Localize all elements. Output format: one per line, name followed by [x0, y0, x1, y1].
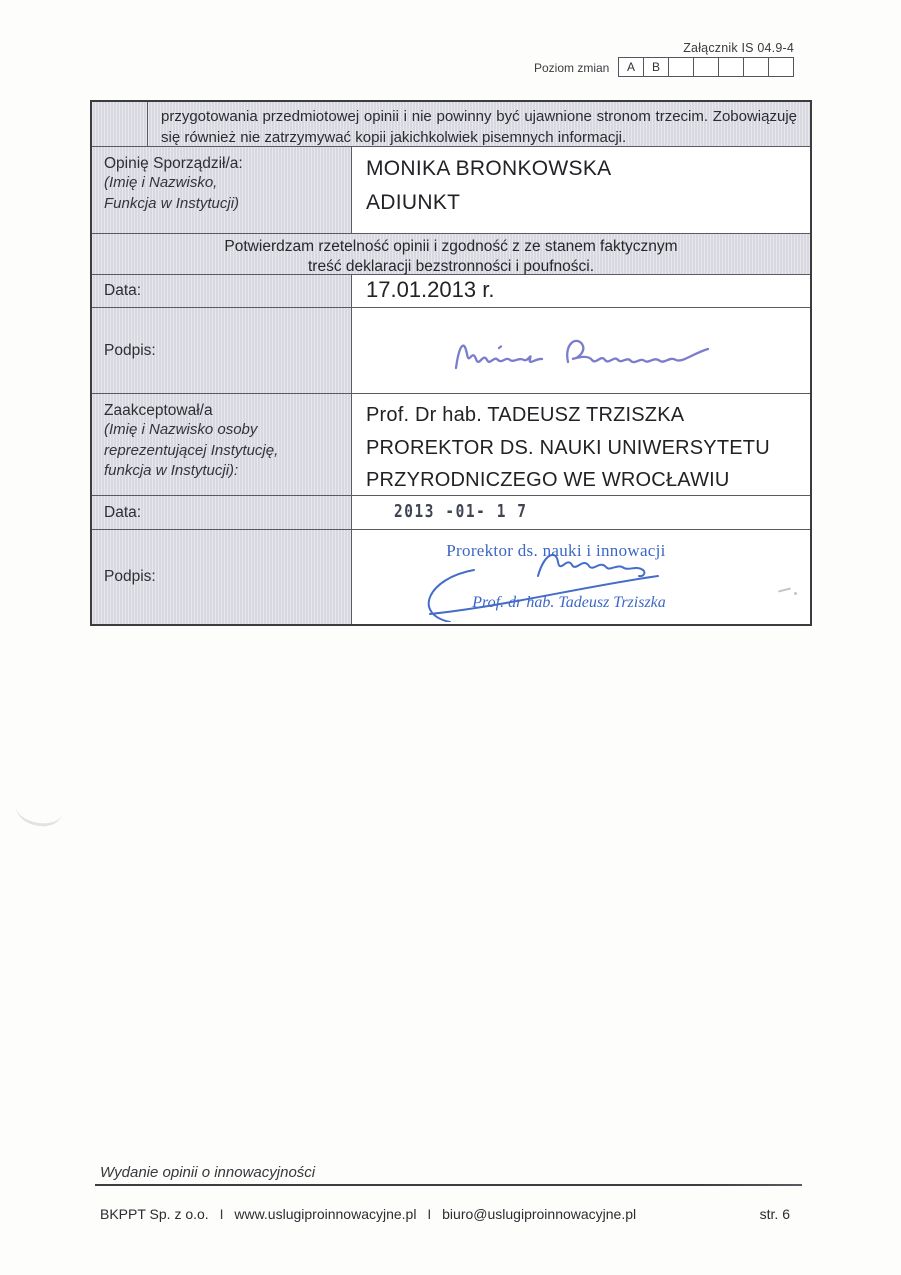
- footer-company: BKPPT Sp. z o.o.: [100, 1206, 209, 1222]
- date-prepared-label: Data:: [104, 282, 141, 300]
- prepared-by-label: Opinię Sporządził/a:: [104, 155, 339, 173]
- prepared-by-position: ADIUNKT: [366, 191, 810, 215]
- change-level-label: Poziom zmian: [534, 61, 609, 75]
- confirmation-line1: Potwierdzam rzetelność opinii i zgodność…: [92, 237, 810, 257]
- prepared-by-note-line1: (Imię i Nazwisko,: [104, 173, 339, 194]
- stamp-name: Prof. dr hab. Tadeusz Trziszka: [386, 594, 726, 612]
- accepted-by-note-line1: (Imię i Nazwisko osoby: [104, 420, 339, 441]
- rector-stamp: Prorektor ds. nauki i innowacji Prof. dr…: [386, 530, 726, 625]
- date-accepted-row: Data: 2013 -01- 1 7: [92, 495, 810, 529]
- date-accepted-label-cell: Data:: [92, 496, 352, 529]
- accepted-by-note-line3: funkcja w Instytucji):: [104, 461, 339, 482]
- prepared-by-note-line2: Funkcja w Instytucji): [104, 194, 339, 215]
- confirmation-row: Potwierdzam rzetelność opinii i zgodność…: [92, 233, 810, 274]
- prepared-by-value-cell: MONIKA BRONKOWSKA ADIUNKT: [352, 147, 810, 233]
- footer-separator: I: [427, 1206, 431, 1222]
- prepared-by-label-cell: Opinię Sporządził/a: (Imię i Nazwisko, F…: [92, 147, 352, 233]
- signature-accepted-value-cell: Prorektor ds. nauki i innowacji Prof. dr…: [352, 530, 810, 624]
- confidentiality-note-row: przygotowania przedmiotowej opinii i nie…: [92, 102, 810, 146]
- signature-prepared-value-cell: [352, 308, 810, 393]
- prepared-by-row: Opinię Sporządził/a: (Imię i Nazwisko, F…: [92, 146, 810, 233]
- date-prepared-row: Data: 17.01.2013 r.: [92, 274, 810, 307]
- accepted-by-label: Zaakceptował/a: [104, 402, 339, 420]
- date-prepared-label-cell: Data:: [92, 275, 352, 307]
- page-number: str. 6: [760, 1206, 790, 1222]
- change-level-cell: [768, 57, 794, 77]
- change-level-cell: A: [618, 57, 644, 77]
- signature-prepared-row: Podpis:: [92, 307, 810, 393]
- confidentiality-note: przygotowania przedmiotowej opinii i nie…: [148, 102, 810, 146]
- accepted-by-note-line2: reprezentującej Instytucję,: [104, 441, 339, 462]
- signature-prepared-label: Podpis:: [104, 342, 156, 360]
- accepted-by-label-cell: Zaakceptował/a (Imię i Nazwisko osoby re…: [92, 394, 352, 495]
- date-prepared-value-cell: 17.01.2013 r.: [352, 275, 810, 307]
- opinion-form-table: przygotowania przedmiotowej opinii i nie…: [90, 100, 812, 626]
- change-level-cell: [718, 57, 744, 77]
- prepared-by-name: MONIKA BRONKOWSKA: [366, 157, 810, 181]
- footer-website: www.uslugiproinnowacyjne.pl: [234, 1206, 416, 1222]
- change-level-cell: B: [643, 57, 669, 77]
- footer-rule: [95, 1184, 802, 1186]
- attachment-label: Załącznik IS 04.9-4: [618, 41, 794, 55]
- accepted-by-row: Zaakceptował/a (Imię i Nazwisko osoby re…: [92, 393, 810, 495]
- date-accepted-label: Data:: [104, 504, 141, 522]
- change-level-cell: [693, 57, 719, 77]
- empty-cell: [92, 102, 148, 146]
- change-level-boxes: A B: [618, 57, 794, 77]
- date-stamp: 2013 -01- 1 7: [394, 501, 528, 522]
- change-level-cell: [668, 57, 694, 77]
- scan-artifact-curve: [14, 792, 63, 829]
- handwritten-signature: [452, 328, 712, 380]
- date-prepared-value: 17.01.2013 r.: [366, 277, 810, 303]
- footer-email: biuro@uslugiproinnowacyjne.pl: [442, 1206, 636, 1222]
- footer-separator: I: [220, 1206, 224, 1222]
- change-level-cell: [743, 57, 769, 77]
- date-accepted-value-cell: 2013 -01- 1 7: [352, 496, 810, 529]
- accepted-by-value-cell: Prof. Dr hab. TADEUSZ TRZISZKA PROREKTOR…: [352, 394, 810, 495]
- signature-accepted-row: Podpis: Prorektor ds. nauki i innowacji …: [92, 529, 810, 624]
- signature-prepared-label-cell: Podpis:: [92, 308, 352, 393]
- accepted-by-position-line1: PROREKTOR DS. NAUKI UNIWERSYTETU: [366, 432, 810, 465]
- process-title: Wydanie opinii o innowacyjności: [100, 1164, 315, 1181]
- scanned-document-page: Załącznik IS 04.9-4 Poziom zmian A B prz…: [0, 0, 901, 1275]
- accepted-by-name: Prof. Dr hab. TADEUSZ TRZISZKA: [366, 399, 810, 432]
- confirmation-statement: Potwierdzam rzetelność opinii i zgodność…: [92, 234, 810, 274]
- scan-artifact-dot: [794, 592, 797, 595]
- signature-accepted-label: Podpis:: [104, 568, 156, 586]
- signature-accepted-label-cell: Podpis:: [92, 530, 352, 624]
- accepted-by-position-line2: PRZYRODNICZEGO WE WROCŁAWIU: [366, 464, 810, 497]
- footer-company-line: BKPPT Sp. z o.o. I www.uslugiproinnowacy…: [100, 1206, 636, 1222]
